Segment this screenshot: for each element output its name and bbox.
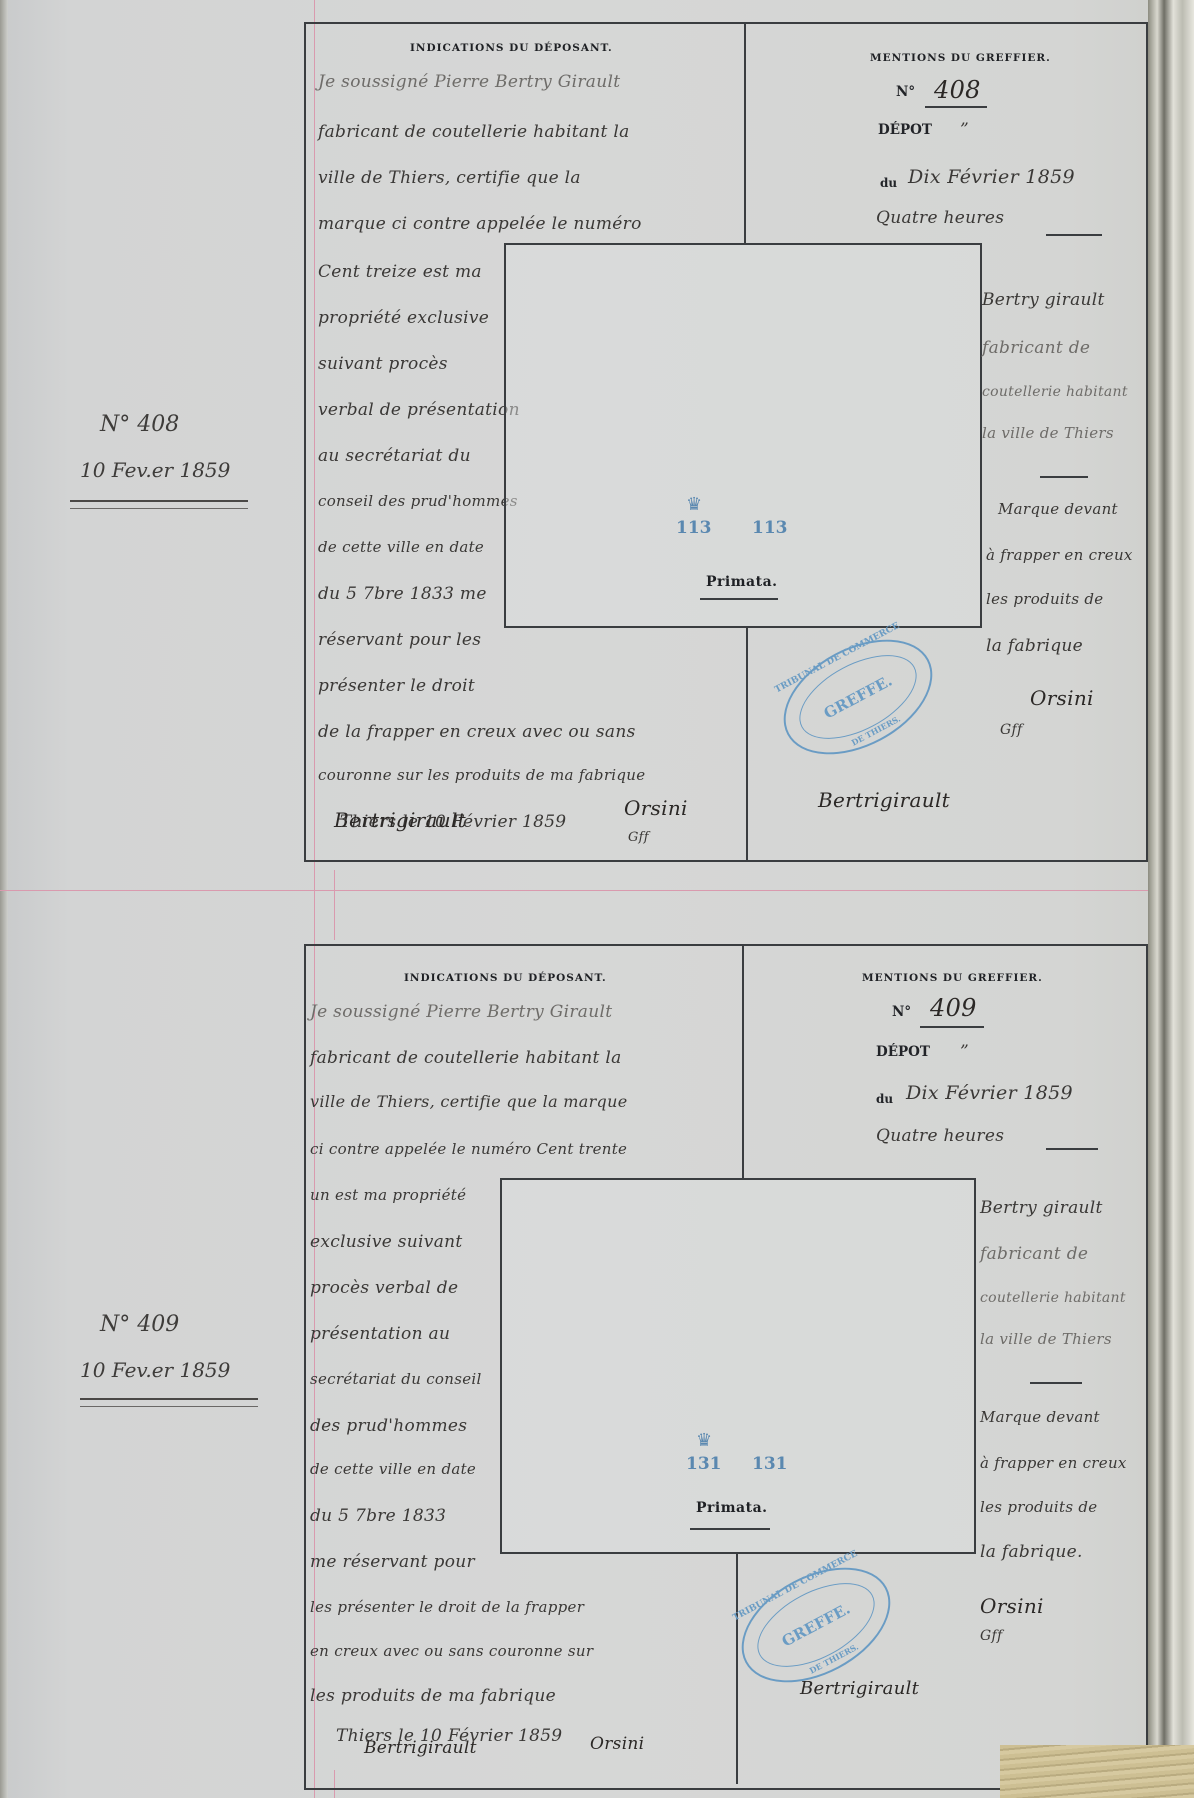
column-divider-upper: [744, 22, 746, 244]
number-underline: [925, 106, 987, 108]
declaration-line: les présenter le droit de la frapper: [310, 1598, 584, 1616]
mark-number-crowned: 131: [686, 1454, 722, 1474]
declaration-line: procès verbal de: [310, 1278, 458, 1298]
hour-dash: [1046, 234, 1102, 236]
declaration-line: les produits de ma fabrique: [310, 1686, 556, 1706]
declaration-line: de cette ville en date: [318, 538, 484, 556]
greffier-paraph-left: Gff: [628, 830, 649, 845]
book-spine: [1148, 0, 1194, 1798]
right-note: fabricant de: [980, 1244, 1088, 1264]
depot-date: Dix Février 1859: [908, 166, 1075, 188]
right-note: la ville de Thiers: [980, 1330, 1112, 1348]
number-underline: [920, 1026, 984, 1028]
declaration-line: couronne sur les produits de ma fabrique: [318, 766, 645, 784]
depot-hour: Quatre heures: [876, 208, 1004, 228]
right-note: Bertry girault: [980, 1198, 1103, 1218]
declaration-line: ci contre appelée le numéro Cent trente: [310, 1140, 627, 1158]
column-divider-lower: [746, 628, 748, 862]
depot-label: DÉPOT: [878, 122, 932, 138]
greffier-signature-left: Orsini: [624, 796, 688, 820]
margin-note-rule: [70, 500, 248, 509]
declaration-line: de cette ville en date: [310, 1460, 476, 1478]
margin-note-number: N° 409: [100, 1312, 179, 1337]
right-note: Marque devant: [998, 500, 1118, 518]
declaration-line: présentation au: [310, 1324, 450, 1344]
declaration-line: propriété exclusive: [318, 308, 489, 328]
declaration-line: secrétariat du conseil: [310, 1370, 482, 1388]
number-label: N°: [892, 1004, 911, 1020]
declaration-line: ville de Thiers, certifie que la: [318, 168, 581, 188]
du-label: du: [876, 1092, 893, 1106]
right-note: à frapper en creux: [986, 546, 1133, 564]
trademark-box: [500, 1178, 976, 1554]
column-divider-upper: [742, 944, 744, 1180]
declaration-line: fabricant de coutellerie habitant la: [318, 122, 630, 142]
mark-label-underline: [700, 598, 778, 600]
depot-ditto: ”: [960, 120, 969, 140]
mark-label-underline: [690, 1528, 770, 1530]
declaration-line: me réservant pour: [310, 1552, 475, 1572]
header-deposant: INDICATIONS DU DÉPOSANT.: [404, 972, 607, 984]
deposant-signature-left: Bertrigirault: [364, 1738, 477, 1758]
depot-hour: Quatre heures: [876, 1126, 1004, 1146]
mark-number-plain: 131: [752, 1454, 788, 1474]
depot-ditto: ”: [960, 1042, 969, 1062]
margin-note-date: 10 Fev.er 1859: [80, 458, 230, 482]
mark-number-crowned: 113: [676, 518, 712, 538]
number-value: 408: [934, 76, 981, 104]
declaration-line: au secrétariat du: [318, 446, 471, 466]
margin-note-date: 10 Fev.er 1859: [80, 1358, 230, 1382]
number-label: N°: [896, 84, 915, 100]
right-note: la fabrique.: [980, 1542, 1083, 1562]
right-note-dash: [1030, 1382, 1082, 1384]
greffier-paraph-right: Gff: [1000, 722, 1022, 738]
du-label: du: [880, 176, 897, 190]
header-greffier: MENTIONS DU GREFFIER.: [862, 972, 1043, 984]
mark-label: Primata.: [706, 574, 778, 590]
declaration-line: fabricant de coutellerie habitant la: [310, 1048, 622, 1068]
depot-label: DÉPOT: [876, 1044, 930, 1060]
crown-icon: ♛: [686, 496, 702, 514]
right-note: à frapper en creux: [980, 1454, 1127, 1472]
hour-dash: [1046, 1148, 1098, 1150]
crown-icon: ♛: [696, 1432, 712, 1450]
trademark-box: [504, 243, 982, 628]
greffier-signature-left: Orsini: [590, 1734, 644, 1754]
header-deposant: INDICATIONS DU DÉPOSANT.: [410, 42, 613, 54]
declaration-line: exclusive suivant: [310, 1232, 463, 1252]
right-note: Marque devant: [980, 1408, 1100, 1426]
right-note: coutellerie habitant: [980, 1290, 1126, 1306]
right-note-dash: [1040, 476, 1088, 478]
right-note: la fabrique: [986, 636, 1083, 656]
greffier-signature-right: Orsini: [1030, 686, 1094, 710]
depot-date: Dix Février 1859: [906, 1082, 1073, 1104]
right-note: Bertry girault: [982, 290, 1105, 310]
declaration-line: Je soussigné Pierre Bertry Girault: [318, 72, 620, 92]
right-note: les produits de: [980, 1498, 1097, 1516]
header-greffier: MENTIONS DU GREFFIER.: [870, 52, 1051, 64]
declaration-line: des prud'hommes: [310, 1416, 467, 1436]
greffier-paraph-right: Gff: [980, 1628, 1002, 1644]
declaration-line: ville de Thiers, certifie que la marque: [310, 1092, 627, 1111]
declaration-line: marque ci contre appelée le numéro: [318, 214, 642, 234]
margin-rule-inner: [334, 870, 335, 940]
declaration-line: un est ma propriété: [310, 1186, 466, 1204]
deposant-signature-right: Bertrigirault: [818, 788, 950, 812]
declaration-line: du 5 7bre 1833: [310, 1506, 446, 1526]
register-page: N° 408 10 Fev.er 1859 INDICATIONS DU DÉP…: [0, 0, 1162, 1798]
desk-surface: [1000, 1745, 1194, 1798]
declaration-line: verbal de présentation: [318, 400, 520, 420]
declaration-line: présenter le droit: [318, 676, 475, 696]
declaration-line: en creux avec ou sans couronne sur: [310, 1642, 593, 1660]
declaration-line: conseil des prud'hommes: [318, 492, 518, 510]
mark-label: Primata.: [696, 1500, 768, 1516]
margin-note-rule: [80, 1398, 258, 1407]
deposant-signature-right: Bertrigirault: [800, 1678, 919, 1699]
number-value: 409: [930, 994, 977, 1022]
deposant-signature-left: Bertrigirault: [334, 808, 466, 832]
right-note: les produits de: [986, 590, 1103, 608]
greffier-signature-right: Orsini: [980, 1594, 1044, 1618]
mark-number-plain: 113: [752, 518, 788, 538]
column-divider-lower: [736, 1554, 738, 1784]
declaration-line: du 5 7bre 1833 me: [318, 584, 487, 604]
margin-rule-horizontal: [0, 890, 1150, 891]
page-edge-shadow: [0, 0, 8, 1798]
right-note: la ville de Thiers: [982, 424, 1114, 442]
right-note: fabricant de: [982, 338, 1090, 358]
declaration-line: réservant pour les: [318, 630, 481, 650]
declaration-line: suivant procès: [318, 354, 448, 374]
right-note: coutellerie habitant: [982, 384, 1128, 400]
declaration-line: Cent treize est ma: [318, 262, 482, 282]
margin-note-number: N° 408: [100, 412, 179, 437]
declaration-line: Je soussigné Pierre Bertry Girault: [310, 1002, 612, 1022]
declaration-line: de la frapper en creux avec ou sans: [318, 722, 636, 742]
